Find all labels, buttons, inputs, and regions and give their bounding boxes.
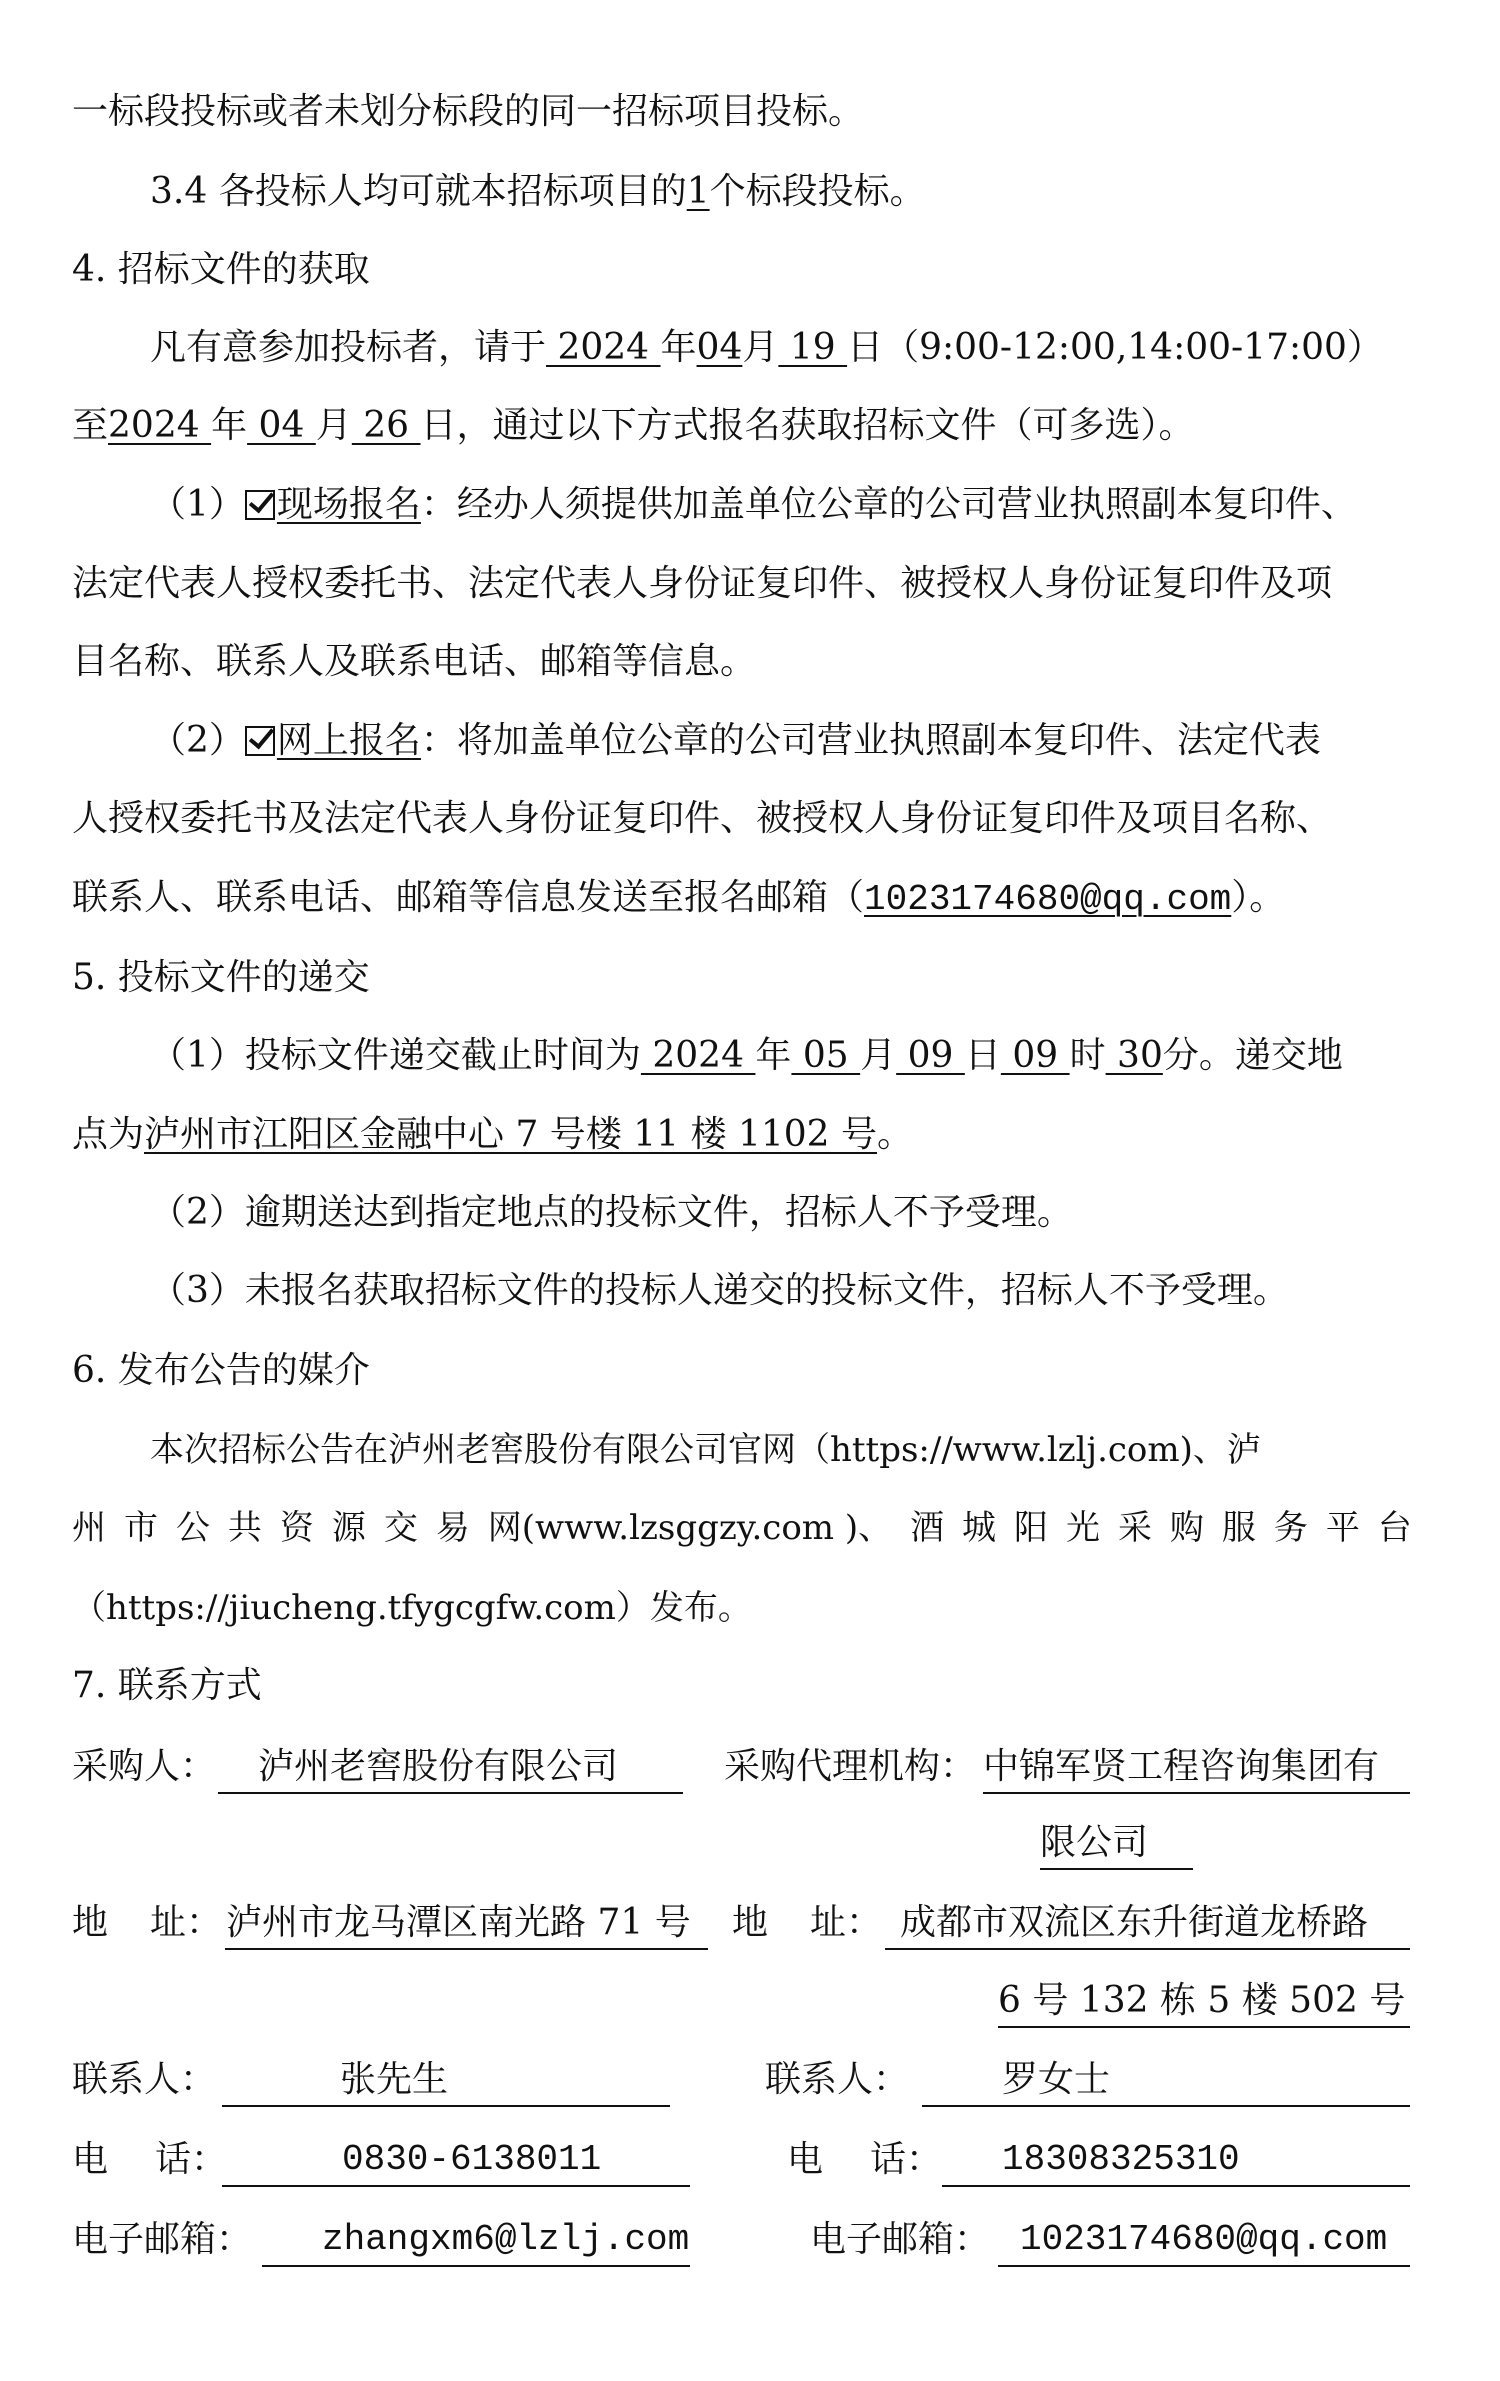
deadline-minute: 30 xyxy=(1106,1035,1163,1076)
text: 市 xyxy=(124,1506,158,1550)
option-onsite-line3: 目名称、联系人及联系电话、邮箱等信息。 xyxy=(72,640,756,684)
agent-email[interactable]: 1023174680@qq.com xyxy=(1020,2218,1387,2262)
underline xyxy=(222,2105,670,2107)
text: （1） xyxy=(150,484,245,525)
text: 服 xyxy=(1222,1506,1256,1550)
text: 年 xyxy=(211,405,247,446)
online-registration-option[interactable]: 网上报名 xyxy=(245,720,421,761)
submission-address: 泸州市江阳区金融中心 7 号楼 11 楼 1102 号 xyxy=(144,1114,877,1155)
text: 日，通过以下方式报名获取招标文件（可多选）。 xyxy=(421,405,1195,446)
buyer-phone: 0830-6138011 xyxy=(342,2138,601,2182)
text: 分。递交地 xyxy=(1163,1035,1343,1076)
agent-label: 采购代理机构： xyxy=(724,1745,976,1789)
text: 台 xyxy=(1378,1506,1412,1550)
buyer-label: 采购人： xyxy=(72,1745,216,1789)
buyer-email-label: 电子邮箱： xyxy=(72,2218,252,2262)
agent-contact-label: 联系人： xyxy=(765,2058,909,2102)
text: 采 xyxy=(1118,1506,1152,1550)
end-day: 26 xyxy=(352,405,421,446)
agent-address-label-2: 址： xyxy=(810,1901,882,1945)
text: ：经办人须提供加盖单位公章的公司营业执照副本复印件、 xyxy=(421,484,1357,525)
buyer-name: 泸州老窖股份有限公司 xyxy=(258,1745,618,1789)
end-month: 04 xyxy=(247,405,316,446)
text: 日 xyxy=(965,1035,1001,1076)
option-online-line3: 联系人、联系电话、邮箱等信息发送至报名邮箱（1023174680@qq.com）… xyxy=(72,876,1285,920)
agent-address-label-1: 地 xyxy=(732,1901,768,1945)
s6-line3: （https://jiucheng.tfygcgfw.com）发布。 xyxy=(72,1586,752,1630)
underline xyxy=(1040,1868,1193,1870)
text: 购 xyxy=(1170,1506,1204,1550)
text: （2） xyxy=(150,720,245,761)
text: ：将加盖单位公章的公司营业执照副本复印件、法定代表 xyxy=(421,720,1321,761)
text: 月 xyxy=(316,405,352,446)
agent-name-line2: 限公司 xyxy=(1040,1821,1148,1865)
text: 日（9:00-12:00,14:00-17:00） xyxy=(847,327,1383,368)
s4-line1: 凡有意参加投标者，请于 2024 年04月 19 日（9:00-12:00,14… xyxy=(150,326,1383,370)
s5-line1: （1）投标文件递交截止时间为 2024 年 05 月 09 日 09 时 30分… xyxy=(150,1034,1343,1078)
text: 城 xyxy=(962,1506,996,1550)
text: 资 xyxy=(280,1506,314,1550)
option-label: 现场报名 xyxy=(277,484,421,525)
text: 公 xyxy=(176,1506,210,1550)
buyer-address: 泸州市龙马潭区南光路 71 号 xyxy=(226,1901,691,1945)
deadline-day: 09 xyxy=(896,1035,965,1076)
s5-line2: 点为泸州市江阳区金融中心 7 号楼 11 楼 1102 号。 xyxy=(72,1113,913,1157)
option-online-line1: （2）网上报名：将加盖单位公章的公司营业执照副本复印件、法定代表 xyxy=(150,719,1321,763)
checkbox-checked-icon[interactable] xyxy=(245,726,275,756)
text: 3.4 各投标人均可就本招标项目的 xyxy=(150,171,687,212)
s5-line4: （3）未报名获取招标文件的投标人递交的投标文件，招标人不予受理。 xyxy=(150,1269,1289,1313)
underline xyxy=(222,2185,690,2187)
section-4-heading: 4. 招标文件的获取 xyxy=(72,248,370,292)
text: 阳 xyxy=(1014,1506,1048,1550)
text: 交 xyxy=(384,1506,418,1550)
text: 共 xyxy=(228,1506,262,1550)
option-onsite-line2: 法定代表人授权委托书、法定代表人身份证复印件、被授权人身份证复印件及项 xyxy=(72,562,1332,606)
agent-phone-label-2: 话： xyxy=(870,2138,942,2182)
deadline-hour: 09 xyxy=(1001,1035,1070,1076)
s6-line2: 州市公共资源交易网(www.lzsggzy.com )、酒城阳光采购服务平台 xyxy=(72,1506,1412,1550)
text: 联系人、联系电话、邮箱等信息发送至报名邮箱（ xyxy=(72,877,864,918)
underline xyxy=(225,1948,708,1950)
text: 州 xyxy=(72,1506,106,1550)
buyer-contact: 张先生 xyxy=(340,2058,448,2102)
deadline-year: 2024 xyxy=(641,1035,756,1076)
text: 至 xyxy=(72,405,108,446)
underline xyxy=(942,2185,1410,2187)
agent-address-line1: 成都市双流区东升街道龙桥路 xyxy=(900,1901,1368,1945)
section-5-heading: 5. 投标文件的递交 xyxy=(72,956,370,1000)
end-year: 2024 xyxy=(108,405,211,446)
paragraph-3-3-tail: 一标段投标或者未划分标段的同一招标项目投标。 xyxy=(72,90,864,134)
start-month: 04 xyxy=(697,327,743,368)
option-onsite-line1: （1）现场报名：经办人须提供加盖单位公章的公司营业执照副本复印件、 xyxy=(150,483,1357,527)
agent-contact: 罗女士 xyxy=(1002,2058,1110,2102)
registration-email-link[interactable]: 1023174680@qq.com xyxy=(864,879,1231,920)
buyer-contact-label: 联系人： xyxy=(72,2058,216,2102)
text: 年 xyxy=(755,1035,791,1076)
start-year: 2024 xyxy=(546,327,661,368)
text: 月 xyxy=(742,327,778,368)
text: 务 xyxy=(1274,1506,1308,1550)
text: 个标段投标。 xyxy=(710,171,926,212)
buyer-address-label-1: 地 xyxy=(72,1901,108,1945)
text: 光 xyxy=(1066,1506,1100,1550)
buyer-email[interactable]: zhangxm6@lzlj.com xyxy=(322,2218,689,2262)
s4-line2: 至2024 年 04 月 26 日，通过以下方式报名获取招标文件（可多选）。 xyxy=(72,404,1195,448)
s5-line3: （2）逾期送达到指定地点的投标文件，招标人不予受理。 xyxy=(150,1191,1073,1235)
option-label: 网上报名 xyxy=(277,720,421,761)
agent-address-line2: 6 号 132 栋 5 楼 502 号 xyxy=(998,1979,1405,2023)
checkbox-checked-icon[interactable] xyxy=(245,490,275,520)
text: 平 xyxy=(1326,1506,1360,1550)
agent-name-line1: 中锦军贤工程咨询集团有 xyxy=(983,1745,1379,1789)
underline xyxy=(885,1948,1410,1950)
underline xyxy=(218,1792,683,1794)
option-online-line2: 人授权委托书及法定代表人身份证复印件、被授权人身份证复印件及项目名称、 xyxy=(72,797,1332,841)
underline xyxy=(983,1792,1410,1794)
text: 源 xyxy=(332,1506,366,1550)
section-7-heading: 7. 联系方式 xyxy=(72,1664,262,1708)
buyer-address-label-2: 址： xyxy=(150,1901,222,1945)
buyer-phone-label-2: 话： xyxy=(155,2138,227,2182)
text: 月 xyxy=(860,1035,896,1076)
agent-phone: 18308325310 xyxy=(1002,2138,1240,2182)
paragraph-3-4: 3.4 各投标人均可就本招标项目的1个标段投标。 xyxy=(150,170,926,214)
text: （1）投标文件递交截止时间为 xyxy=(150,1035,641,1076)
deadline-month: 05 xyxy=(791,1035,860,1076)
text: 年 xyxy=(661,327,697,368)
underline xyxy=(998,2265,1410,2267)
text: 点为 xyxy=(72,1114,144,1155)
underline xyxy=(922,2105,1410,2107)
s6-line1: 本次招标公告在泸州老窖股份有限公司官网（https://www.lzlj.com… xyxy=(150,1428,1261,1472)
buyer-phone-label-1: 电 xyxy=(72,2138,108,2182)
text: 。 xyxy=(877,1114,913,1155)
text: 网(www.lzsggzy.com )、 xyxy=(488,1506,892,1550)
agent-phone-label-1: 电 xyxy=(787,2138,823,2182)
underline xyxy=(262,2265,690,2267)
lot-count: 1 xyxy=(687,171,710,212)
text: ）。 xyxy=(1231,877,1285,918)
underline xyxy=(998,2026,1410,2028)
onsite-registration-option[interactable]: 现场报名 xyxy=(245,484,421,525)
agent-email-label: 电子邮箱： xyxy=(810,2218,990,2262)
section-6-heading: 6. 发布公告的媒介 xyxy=(72,1349,370,1393)
text: 凡有意参加投标者，请于 xyxy=(150,327,546,368)
text: 易 xyxy=(436,1506,470,1550)
text: 时 xyxy=(1070,1035,1106,1076)
text: 酒 xyxy=(910,1506,944,1550)
start-day: 19 xyxy=(778,327,847,368)
